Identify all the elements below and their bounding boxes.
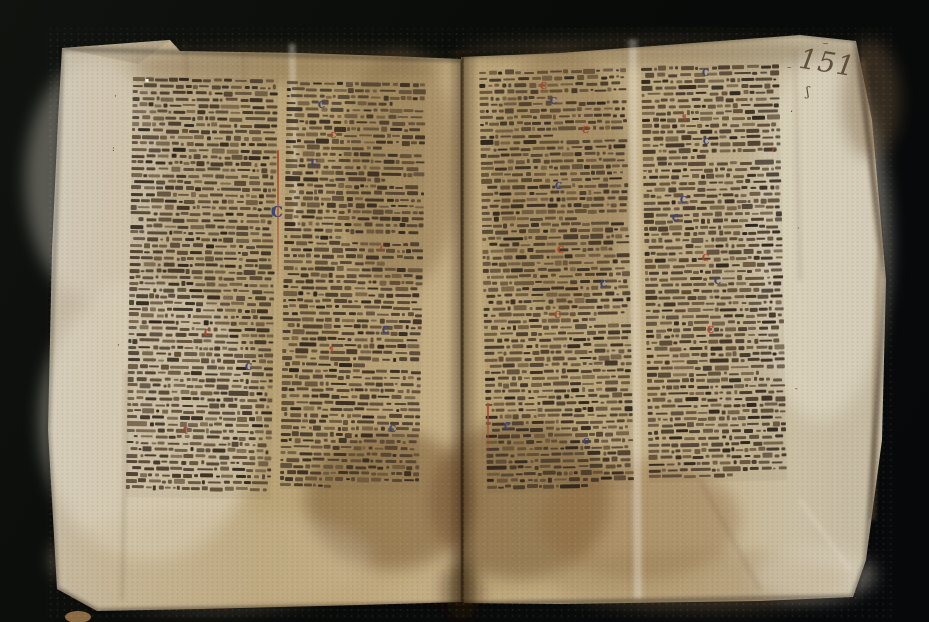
ink-word — [396, 409, 399, 412]
ink-word — [747, 116, 751, 120]
ink-word — [673, 265, 685, 268]
ink-word — [593, 191, 601, 194]
ink-word — [605, 361, 618, 366]
ink-word — [138, 217, 143, 221]
ink-word — [586, 197, 592, 201]
ink-word — [283, 330, 291, 334]
ink-word — [498, 487, 504, 490]
ink-word — [282, 387, 288, 391]
ink-word — [215, 245, 227, 248]
ink-word — [163, 104, 167, 108]
ink-word — [524, 269, 535, 273]
ink-word — [297, 323, 300, 327]
ink-word — [182, 104, 195, 107]
ink-word — [670, 278, 687, 281]
ink-word — [562, 414, 573, 417]
ink-word — [373, 146, 382, 149]
ink-word — [597, 414, 607, 417]
ink-word — [618, 280, 621, 283]
ink-word — [199, 379, 205, 382]
ink-word — [497, 301, 503, 305]
ink-word — [526, 313, 532, 317]
ink-word — [694, 321, 709, 324]
ink-word — [308, 267, 314, 270]
ink-word — [165, 314, 168, 318]
ink-word — [554, 478, 567, 481]
ink-word — [314, 197, 319, 201]
ink-word — [687, 422, 694, 426]
ink-word — [295, 477, 303, 481]
ink-word — [351, 127, 356, 130]
ink-word — [273, 156, 277, 159]
ink-word — [369, 344, 374, 349]
ink-word — [227, 150, 239, 154]
ink-word — [681, 334, 694, 338]
ink-word — [509, 281, 512, 284]
ink-word — [344, 223, 351, 226]
ink-word — [138, 128, 150, 131]
ink-word — [719, 397, 722, 400]
ink-word — [249, 226, 253, 229]
ink-word — [129, 294, 135, 298]
ink-word — [588, 350, 592, 353]
ink-word — [333, 312, 346, 316]
ink-word — [748, 327, 756, 330]
ink-word — [613, 88, 616, 91]
ink-word — [692, 117, 699, 120]
ink-word — [536, 307, 544, 310]
ink-word — [280, 451, 285, 454]
ink-word — [611, 81, 620, 84]
ink-word — [190, 225, 204, 229]
ink-word — [728, 282, 734, 285]
ink-word — [338, 426, 341, 430]
ink-word — [205, 385, 215, 388]
ink-word — [662, 424, 673, 427]
ink-word — [556, 370, 559, 373]
ink-word — [678, 85, 696, 90]
ink-word — [643, 194, 649, 198]
ink-word — [698, 418, 707, 421]
ink-word — [231, 322, 237, 326]
ink-word — [162, 339, 175, 343]
ink-word — [521, 178, 532, 182]
ink-word — [516, 428, 529, 431]
ink-word — [583, 204, 590, 208]
ink-word — [506, 300, 510, 304]
ink-word — [770, 186, 774, 190]
ink-word — [379, 205, 389, 208]
ink-word — [702, 104, 706, 108]
ink-word — [532, 350, 539, 355]
decorated-initial: C — [702, 255, 709, 264]
ink-word — [645, 296, 657, 300]
ink-word — [333, 95, 336, 99]
ink-word — [376, 331, 380, 334]
ink-word — [357, 421, 374, 424]
ink-word — [719, 136, 726, 139]
ink-word — [724, 314, 733, 318]
ink-word — [203, 213, 211, 216]
ink-word — [204, 320, 209, 325]
ink-word — [303, 325, 323, 329]
ink-word — [313, 292, 317, 297]
ink-word — [136, 429, 156, 432]
ink-word — [311, 446, 323, 449]
ink-word — [651, 341, 657, 344]
ink-word — [494, 141, 499, 146]
ink-word — [547, 256, 550, 259]
ink-word — [648, 424, 659, 428]
decorated-initial: C — [389, 426, 396, 435]
ink-word — [504, 173, 511, 176]
ink-word — [266, 406, 269, 409]
ink-word — [408, 377, 414, 380]
ink-word — [562, 452, 573, 456]
ink-word — [206, 245, 214, 249]
ink-word — [344, 120, 347, 123]
ink-word — [138, 346, 150, 349]
ink-word — [379, 102, 387, 105]
ink-word — [701, 397, 706, 401]
ink-word — [734, 436, 746, 439]
ink-word — [384, 478, 389, 481]
ink-word — [323, 370, 328, 372]
ink-word — [664, 92, 674, 96]
ink-word — [367, 203, 377, 207]
ink-word — [529, 448, 533, 451]
ink-word — [611, 126, 623, 130]
ink-word — [530, 218, 543, 222]
ink-word — [541, 223, 551, 226]
ink-word — [294, 196, 300, 199]
ink-word — [481, 173, 489, 176]
ink-word — [140, 364, 148, 368]
ink-word — [511, 339, 518, 342]
ink-word — [722, 430, 729, 434]
ink-word — [758, 109, 778, 113]
ink-word — [324, 439, 328, 442]
ink-word — [687, 296, 696, 300]
ink-word — [301, 286, 314, 289]
ink-word — [164, 225, 176, 228]
ink-word — [376, 338, 381, 341]
ink-word — [590, 421, 603, 424]
ink-word — [582, 140, 590, 143]
ink-word — [584, 114, 593, 117]
ink-word — [395, 199, 399, 203]
ink-word — [361, 471, 369, 474]
ink-word — [605, 381, 618, 385]
ink-word — [762, 435, 772, 439]
ink-word — [198, 104, 208, 109]
ink-word — [365, 261, 375, 264]
ink-word — [577, 159, 584, 162]
ink-word — [705, 455, 709, 458]
ink-word — [628, 439, 633, 442]
ink-word — [346, 465, 353, 470]
decorated-initial: C — [557, 247, 564, 256]
ink-word — [524, 71, 534, 74]
ink-word — [483, 255, 486, 259]
ink-word — [556, 485, 559, 488]
ink-word — [225, 308, 236, 311]
ink-word — [195, 168, 205, 172]
ink-word — [172, 238, 182, 241]
ink-word — [484, 319, 492, 323]
ink-word — [266, 79, 274, 83]
ink-word — [669, 74, 678, 77]
ink-word — [289, 350, 294, 352]
ink-word — [611, 456, 617, 461]
ink-word — [202, 206, 211, 209]
ink-word — [155, 294, 159, 298]
ink-word — [162, 480, 166, 483]
ink-word — [369, 447, 373, 450]
ink-word — [233, 481, 242, 484]
ink-word — [658, 264, 670, 269]
ink-word — [645, 278, 649, 281]
ink-word — [523, 434, 531, 437]
ink-word — [617, 368, 624, 371]
ink-word — [591, 171, 595, 175]
ink-word — [263, 183, 274, 186]
ink-word — [649, 271, 659, 275]
ink-word — [604, 471, 610, 474]
ink-word — [738, 346, 744, 350]
ink-word — [745, 396, 758, 400]
ink-word — [518, 97, 522, 100]
ink-word — [156, 467, 169, 470]
ink-word — [479, 78, 487, 81]
ink-word — [545, 439, 550, 443]
ink-word — [396, 141, 399, 144]
ink-word — [306, 89, 317, 92]
ink-word — [666, 385, 672, 389]
ink-word — [355, 388, 364, 391]
ink-word — [721, 378, 728, 382]
ink-word — [532, 376, 545, 380]
ink-word — [743, 321, 756, 324]
ink-word — [334, 362, 338, 366]
ink-word — [675, 66, 678, 69]
ink-word — [503, 78, 515, 81]
ink-word — [229, 207, 238, 210]
ink-word — [536, 210, 547, 214]
ink-word — [479, 91, 492, 94]
ink-word — [684, 437, 695, 440]
ink-word — [351, 388, 354, 392]
ink-word — [332, 196, 344, 201]
ink-word — [158, 154, 169, 158]
ink-word — [572, 114, 576, 117]
ink-word — [222, 199, 227, 203]
ink-word — [481, 161, 493, 164]
ink-word — [219, 443, 227, 446]
ink-word — [742, 232, 747, 235]
ink-word — [249, 417, 255, 420]
ink-word — [492, 429, 500, 432]
ink-word — [156, 282, 165, 285]
ink-word — [597, 375, 610, 378]
ink-word — [770, 384, 785, 387]
ink-word — [725, 397, 731, 400]
ink-word — [357, 344, 361, 348]
ink-word — [772, 85, 779, 88]
ink-word — [572, 164, 583, 169]
ink-word — [368, 294, 375, 297]
ink-word — [413, 211, 418, 215]
ink-word — [726, 78, 729, 82]
ink-word — [334, 88, 347, 91]
ink-word — [263, 189, 267, 193]
ink-word — [776, 237, 782, 240]
ink-word — [548, 236, 561, 239]
ink-word — [156, 352, 166, 355]
ink-word — [303, 407, 314, 410]
ink-word — [734, 390, 737, 394]
ink-word — [659, 278, 668, 281]
ink-word — [229, 329, 242, 332]
ink-word — [700, 149, 709, 152]
ink-word — [533, 103, 543, 106]
ink-word — [319, 312, 330, 315]
ink-word — [510, 454, 514, 458]
ink-word — [522, 370, 527, 374]
ink-word — [239, 322, 248, 325]
ink-word — [742, 204, 753, 209]
ink-word — [381, 173, 401, 177]
ink-word — [142, 276, 153, 279]
ink-word — [742, 404, 746, 407]
ink-word — [532, 288, 550, 291]
ink-word — [301, 222, 305, 226]
ink-word — [729, 379, 741, 383]
ink-word — [331, 383, 347, 386]
ink-word — [197, 468, 213, 471]
ink-word — [732, 65, 744, 69]
ink-word — [262, 234, 271, 237]
ink-word — [564, 394, 569, 397]
ink-word — [338, 216, 350, 220]
ink-word — [249, 392, 254, 396]
ink-word — [671, 412, 684, 415]
ink-word — [766, 378, 770, 381]
ink-word — [482, 206, 488, 209]
ink-word — [210, 321, 213, 325]
ink-word — [522, 262, 535, 266]
ink-word — [719, 391, 723, 394]
ink-word — [415, 422, 420, 426]
ink-word — [316, 153, 321, 157]
ink-word — [749, 448, 756, 451]
ink-word — [539, 185, 550, 188]
ink-word — [490, 250, 503, 253]
ink-word — [131, 193, 143, 197]
ink-word — [576, 421, 589, 424]
ink-word — [665, 361, 670, 365]
ink-word — [674, 162, 687, 165]
ink-word — [594, 439, 599, 443]
ink-word — [320, 350, 329, 354]
ink-word — [564, 267, 568, 270]
ink-word — [502, 446, 514, 451]
ink-word — [754, 256, 760, 260]
ink-word — [169, 78, 178, 82]
ink-word — [770, 300, 773, 303]
ink-word — [651, 239, 656, 243]
ink-word — [648, 92, 661, 95]
ink-word — [508, 389, 520, 393]
ink-word — [391, 332, 398, 336]
ink-word — [766, 90, 773, 94]
ink-word — [296, 401, 308, 404]
ink-word — [324, 401, 333, 404]
ink-word — [688, 321, 693, 326]
ink-word — [136, 301, 149, 305]
ink-word — [719, 142, 730, 147]
ink-word — [217, 385, 229, 390]
ink-word — [620, 171, 623, 174]
ink-word — [392, 465, 405, 469]
ink-word — [583, 343, 591, 346]
ink-word — [138, 460, 150, 463]
ink-word — [362, 371, 375, 374]
ink-word — [523, 320, 527, 323]
ink-word — [507, 116, 513, 119]
margin-mark: : — [112, 145, 115, 153]
ink-word — [318, 484, 323, 487]
ink-word — [621, 190, 627, 193]
ink-word — [503, 352, 506, 356]
ink-word — [524, 472, 536, 476]
ink-word — [544, 121, 551, 124]
margin-mark: ʃ — [806, 86, 810, 99]
ink-word — [177, 180, 183, 183]
ink-word — [209, 348, 213, 351]
decorated-initial: C — [382, 327, 389, 336]
ink-word — [737, 321, 740, 325]
ink-word — [745, 295, 756, 299]
ink-word — [157, 268, 162, 272]
ink-word — [241, 334, 249, 338]
ink-word — [715, 238, 727, 242]
ink-word — [776, 142, 780, 145]
ink-word — [730, 424, 739, 427]
ink-word — [553, 306, 556, 309]
ink-word — [266, 450, 269, 454]
ink-word — [753, 442, 762, 446]
ink-word — [183, 168, 194, 171]
ink-word — [535, 281, 542, 284]
ink-word — [406, 339, 417, 342]
ink-word — [152, 442, 157, 445]
ink-word — [583, 362, 587, 365]
ink-word — [205, 250, 212, 254]
ink-word — [530, 109, 540, 113]
ink-word — [530, 460, 533, 463]
ink-word — [220, 232, 227, 235]
ink-word — [607, 337, 620, 340]
ink-word — [681, 73, 692, 76]
ink-word — [410, 116, 422, 119]
ink-word — [264, 424, 269, 427]
ink-word — [331, 147, 351, 150]
ink-word — [610, 414, 618, 417]
ink-word — [692, 174, 699, 179]
ink-word — [766, 225, 778, 228]
ink-word — [127, 415, 137, 419]
